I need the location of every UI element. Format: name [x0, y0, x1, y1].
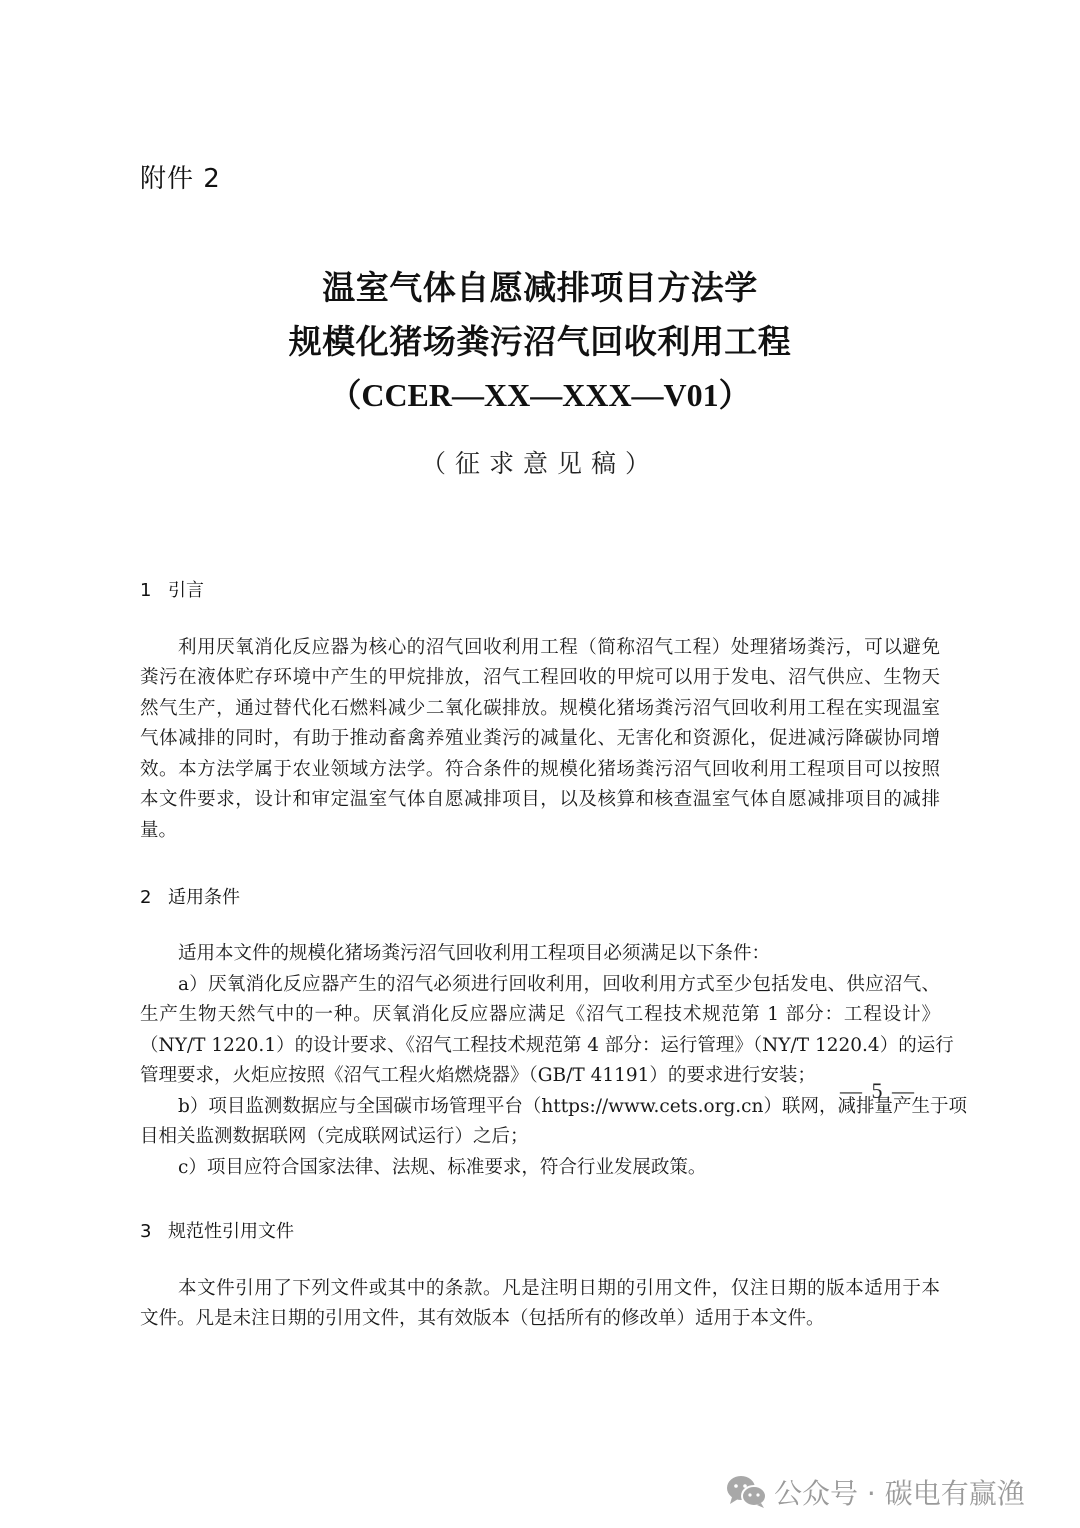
methodology-code: （CCER—XX—XXX—V01） [0, 370, 1080, 416]
paragraph-line: 利用厌氧消化反应器为核心的沼气回收利用工程（简称沼气工程）处理猪场粪污，可以避免 [178, 636, 940, 660]
page-number: — 5 — [840, 1078, 916, 1104]
paragraph-line: 本文件要求，设计和审定温室气体自愿减排项目，以及核算和核查温室气体自愿减排项目的… [140, 788, 940, 812]
paragraph-line: 文件。凡是未注日期的引用文件，其有效版本（包括所有的修改单）适用于本文件。 [140, 1307, 940, 1331]
paragraph-line: 粪污在液体贮存环境中产生的甲烷排放，沼气工程回收的甲烷可以用于发电、沼气供应、生… [140, 666, 940, 690]
paragraph-line: 然气生产，通过替代化石燃料减少二氧化碳排放。规模化猪场粪污沼气回收利用工程在实现… [140, 697, 940, 721]
paragraph-line: 目相关监测数据联网（完成联网试运行）之后； [140, 1125, 940, 1149]
section-heading-3: 3规范性引用文件 [140, 1217, 294, 1243]
section-title: 引言 [168, 580, 204, 601]
section-title: 适用条件 [168, 887, 240, 908]
section-title: 规范性引用文件 [168, 1221, 294, 1242]
paragraph-line: （NY/T 1220.1）的设计要求、《沼气工程技术规范第 4 部分：运行管理》… [140, 1034, 940, 1058]
paragraph-line: 气体减排的同时，有助于推动畜禽养殖业粪污的减量化、无害化和资源化，促进减污降碳协… [140, 727, 940, 751]
section-number: 1 [140, 580, 168, 601]
section-heading-2: 2适用条件 [140, 883, 240, 909]
section-heading-1: 1引言 [140, 576, 204, 602]
paragraph-line: 本文件引用了下列文件或其中的条款。凡是注明日期的引用文件，仅注日期的版本适用于本 [178, 1277, 940, 1301]
section-number: 3 [140, 1221, 168, 1242]
document-title-line-2: 规模化猪场粪污沼气回收利用工程 [0, 316, 1080, 363]
draft-status: （征求意见稿） [0, 444, 1080, 480]
paragraph-line: 管理要求，火炬应按照《沼气工程火焰燃烧器》（GB/T 41191）的要求进行安装… [140, 1064, 940, 1088]
section-number: 2 [140, 887, 168, 908]
attachment-label: 附件 2 [140, 158, 221, 195]
watermark-text: 公众号 · 碳电有赢渔 [774, 1472, 1025, 1512]
paragraph-line: 效。本方法学属于农业领域方法学。符合条件的规模化猪场粪污沼气回收利用工程项目可以… [140, 758, 940, 782]
watermark: 公众号 · 碳电有赢渔 [726, 1472, 1025, 1512]
document-title-line-1: 温室气体自愿减排项目方法学 [0, 262, 1080, 309]
paragraph-line: 量。 [140, 819, 940, 843]
wechat-icon [726, 1475, 768, 1509]
paragraph-line: a）厌氧消化反应器产生的沼气必须进行回收利用，回收利用方式至少包括发电、供应沼气… [178, 973, 940, 997]
paragraph-line: 适用本文件的规模化猪场粪污沼气回收利用工程项目必须满足以下条件： [178, 942, 940, 966]
paragraph-line: 生产生物天然气中的一种。厌氧消化反应器应满足《沼气工程技术规范第 1 部分：工程… [140, 1003, 940, 1027]
paragraph-line: b）项目监测数据应与全国碳市场管理平台（https://www.cets.org… [178, 1095, 940, 1119]
paragraph-line: c）项目应符合国家法律、法规、标准要求，符合行业发展政策。 [178, 1156, 940, 1180]
